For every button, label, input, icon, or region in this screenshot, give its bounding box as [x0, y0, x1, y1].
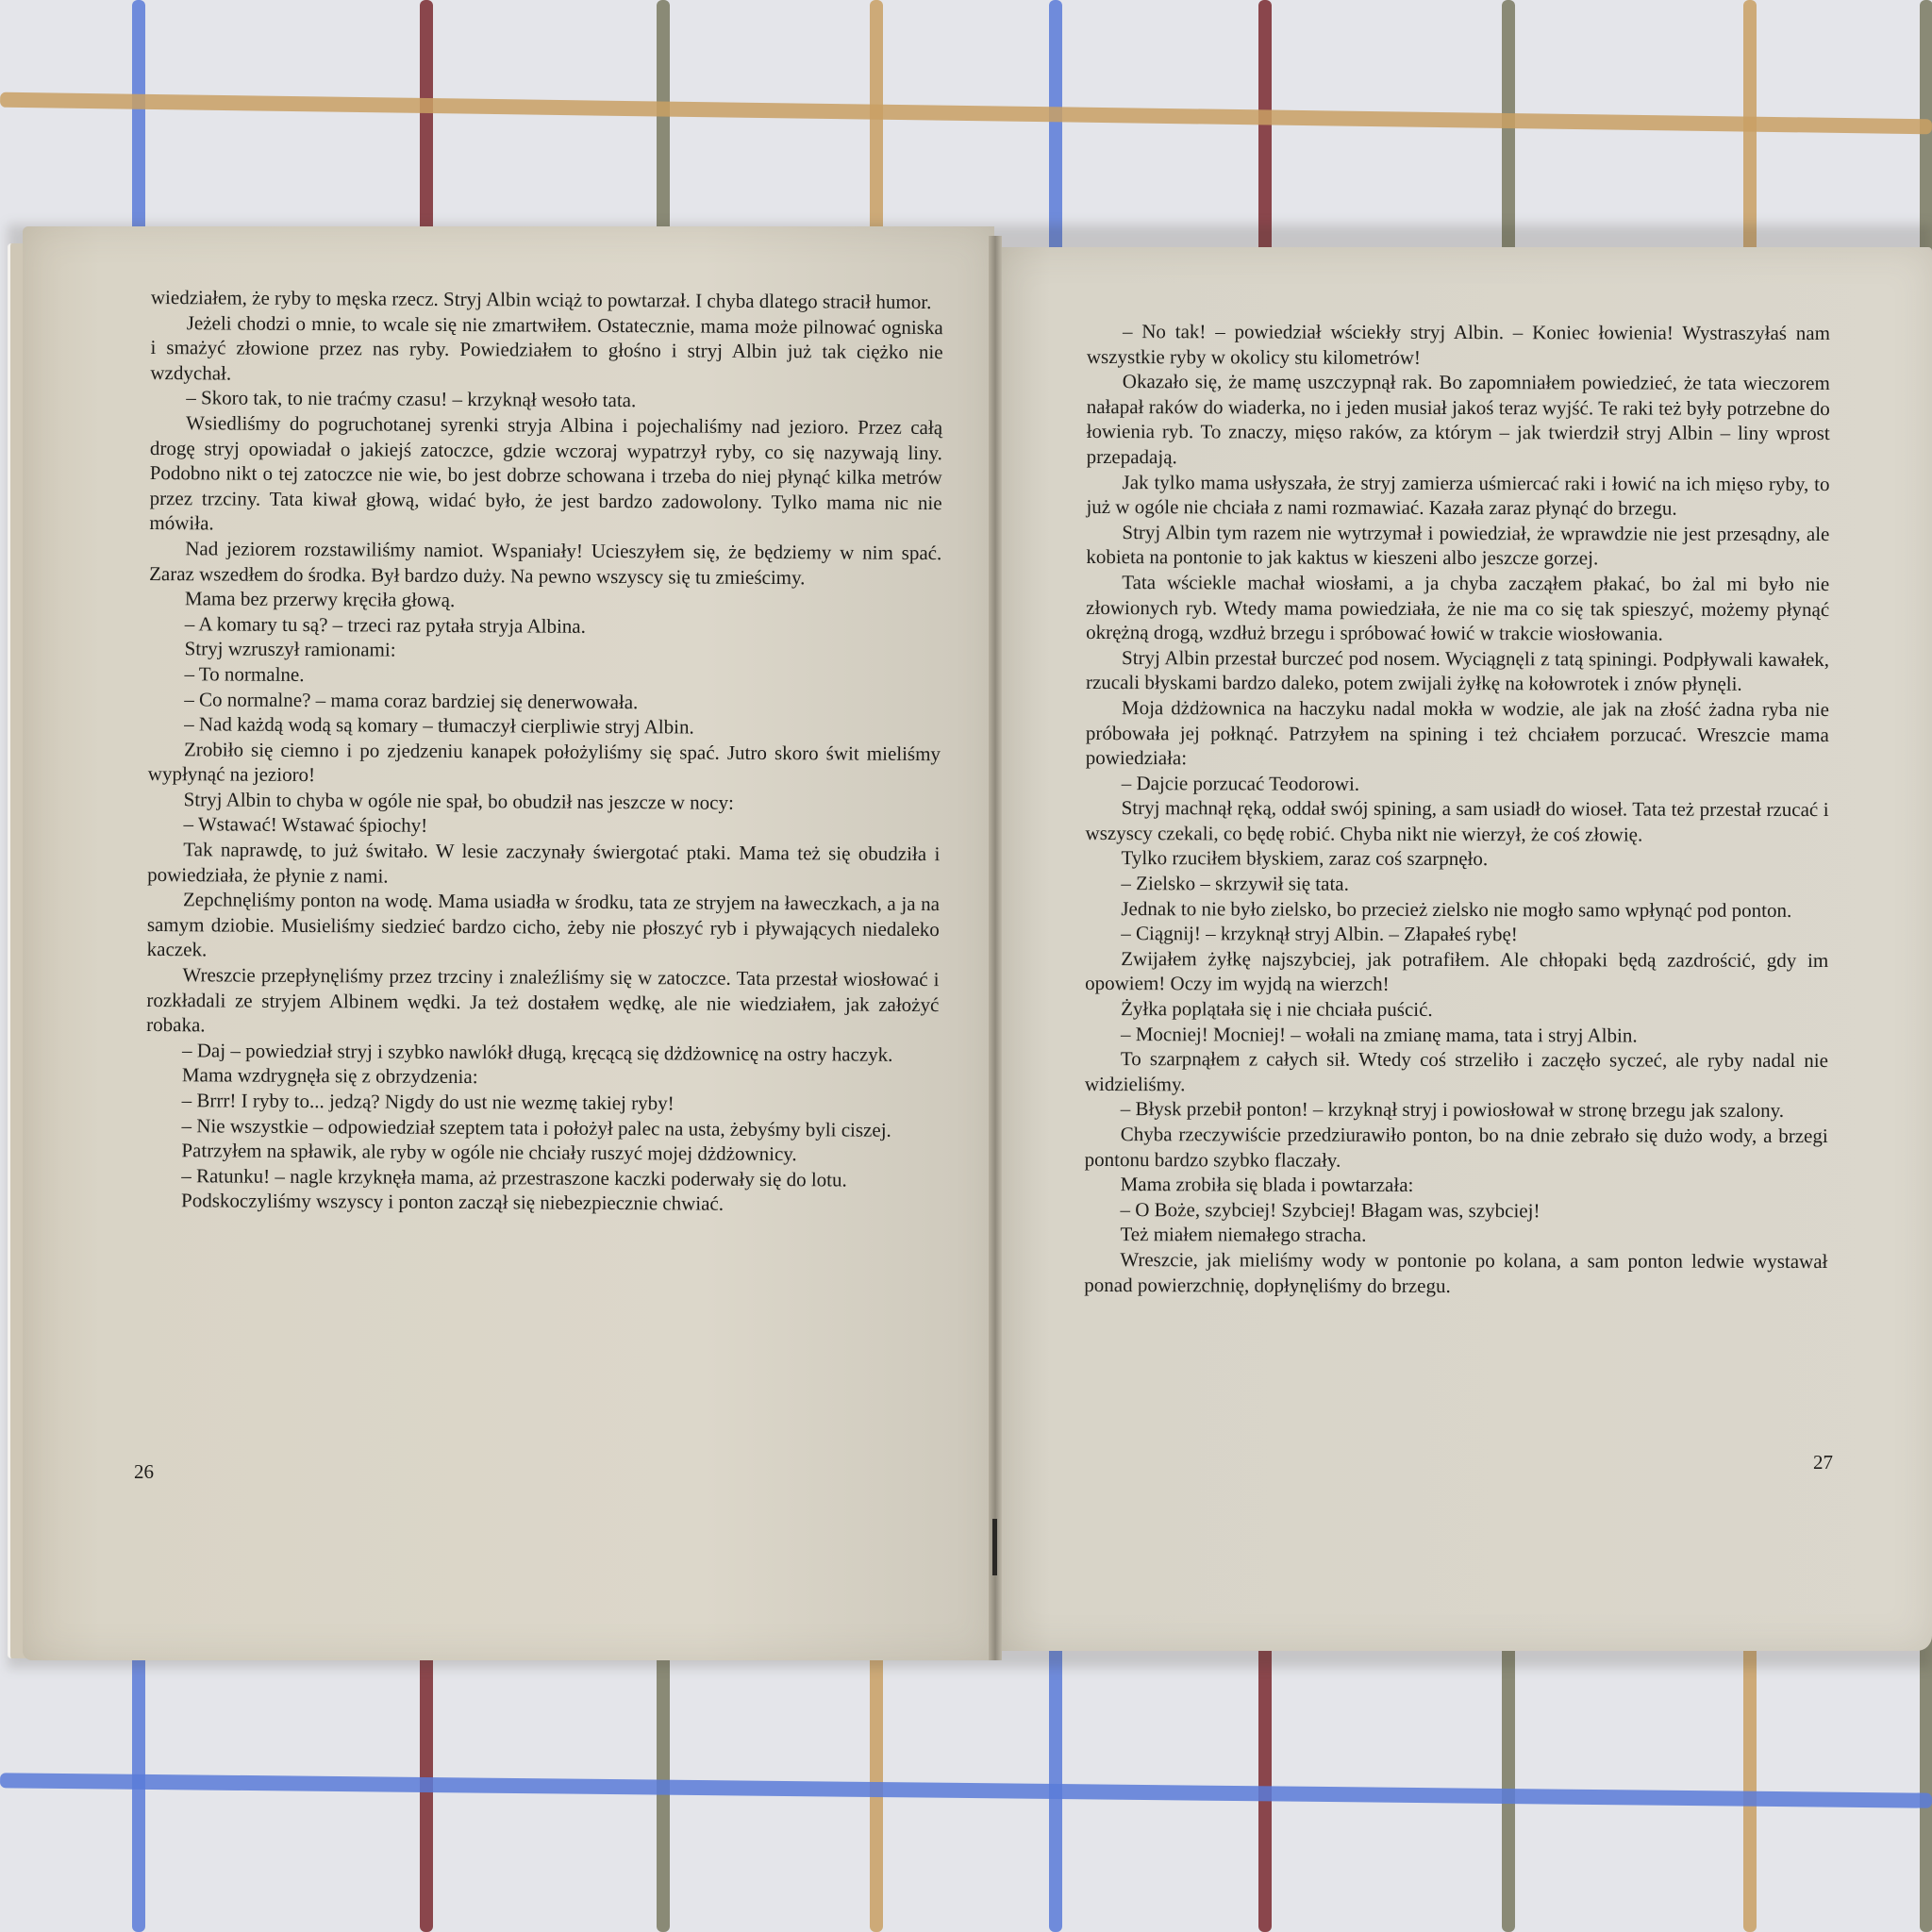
page-number-right: 27: [1813, 1451, 1833, 1474]
paragraph: Moja dżdżownica na haczyku nadal mokła w…: [1086, 695, 1829, 773]
paragraph: Też miałem niemałego stracha.: [1084, 1222, 1827, 1249]
paragraph: Tylko rzuciłem błyskiem, zaraz coś szarp…: [1085, 845, 1828, 873]
paragraph: Jak tylko mama usłyszała, że stryj zamie…: [1086, 470, 1829, 522]
paragraph: – Dajcie porzucać Teodorowi.: [1086, 771, 1829, 798]
right-page-text: – No tak! – powiedział wściekły stryj Al…: [1084, 319, 1830, 1299]
paragraph: Jeżeli chodzi o mnie, to wcale się nie z…: [150, 310, 942, 391]
left-page-text: wiedziałem, że ryby to męska rzecz. Stry…: [145, 285, 943, 1218]
paragraph: Mama zrobiła się blada i powtarzała:: [1085, 1172, 1828, 1199]
pencil-line-blue-horizontal: [0, 1773, 1932, 1807]
staple: [992, 1519, 997, 1575]
book-gutter: [989, 236, 1002, 1660]
paragraph: Okazało się, że mamę uszczypnął rak. Bo …: [1087, 369, 1830, 471]
paragraph: – Zielsko – skrzywił się tata.: [1085, 871, 1828, 898]
paragraph: – No tak! – powiedział wściekły stryj Al…: [1087, 319, 1830, 371]
paragraph: Jednak to nie było zielsko, bo przecież …: [1085, 896, 1828, 924]
paragraph: Tak naprawdę, to już świtało. W lesie za…: [147, 837, 940, 891]
paragraph: Stryj machnął ręką, oddał swój spining, …: [1086, 795, 1829, 847]
paragraph: Wsiedliśmy do pogruchotanej syrenki stry…: [149, 410, 942, 541]
page-number-left: 26: [134, 1460, 154, 1484]
paragraph: – Ciągnij! – krzyknął stryj Albin. – Zła…: [1085, 921, 1828, 948]
paragraph: Zwijałem żyłkę najszybciej, jak potrafił…: [1085, 946, 1828, 998]
paragraph: Żyłka poplątała się i nie chciała puścić…: [1085, 996, 1828, 1024]
paragraph: Podskoczyliśmy wszyscy i ponton zaczął s…: [145, 1188, 938, 1218]
paragraph: Nad jeziorem rozstawiliśmy namiot. Wspan…: [149, 536, 941, 591]
paragraph: Tata wściekle machał wiosłami, a ja chyb…: [1086, 570, 1829, 647]
paragraph: Chyba rzeczywiście przedziurawiło ponton…: [1085, 1122, 1828, 1174]
paragraph: – O Boże, szybciej! Szybciej! Błagam was…: [1084, 1197, 1827, 1224]
paragraph: Stryj Albin przestał burczeć pod nosem. …: [1086, 645, 1829, 697]
paragraph: Zrobiło się ciemno i po zjedzeniu kanape…: [148, 737, 941, 791]
paragraph: Wreszcie przepłynęliśmy przez trzciny i …: [146, 962, 939, 1042]
paragraph: – Mocniej! Mocniej! – wołali na zmianę m…: [1085, 1022, 1828, 1049]
paragraph: Wreszcie, jak mieliśmy wody w pontonie p…: [1084, 1247, 1827, 1299]
paragraph: – Błysk przebił ponton! – krzyknął stryj…: [1085, 1096, 1828, 1124]
paragraph: Stryj Albin tym razem nie wytrzymał i po…: [1086, 520, 1829, 572]
paragraph: To szarpnąłem z całych sił. Wtedy coś st…: [1085, 1046, 1828, 1098]
paragraph: Zepchnęliśmy ponton na wodę. Mama usiadł…: [147, 887, 940, 967]
pencil-line-ochre-horizontal: [0, 92, 1932, 135]
